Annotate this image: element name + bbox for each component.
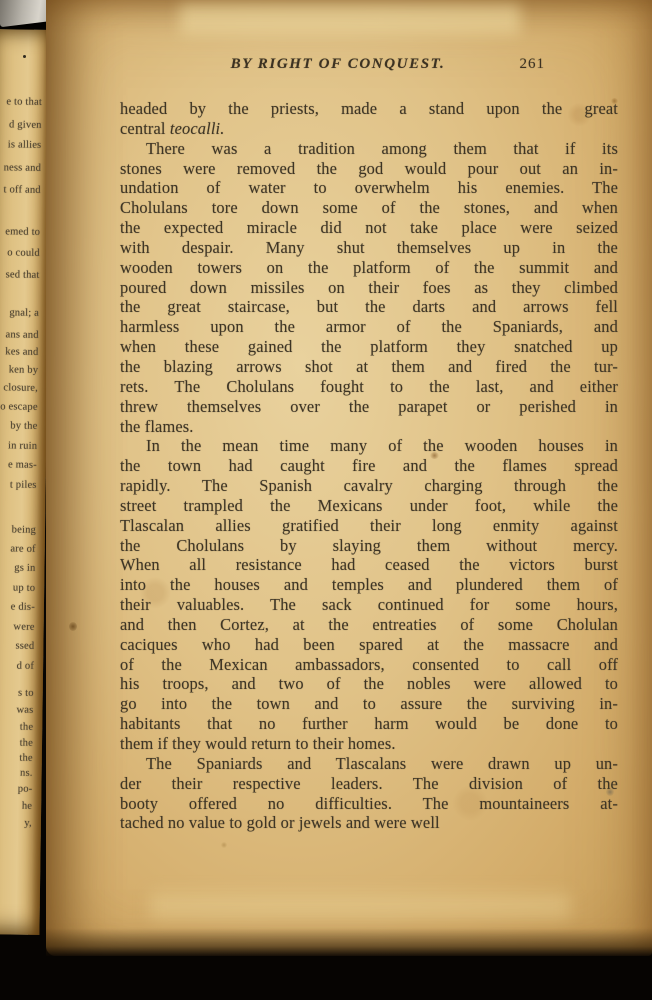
left-page-text-fragment: o could [7,247,40,258]
text-line: go into the town and to assure the survi… [120,694,618,714]
left-page-text-fragment: t piles [10,479,37,490]
running-header: BY RIGHT OF CONQUEST. [231,56,446,73]
text-line: rets. The Cholulans fought to the last, … [120,377,618,397]
scan-blur-streak-bottom [150,893,570,919]
page-number: 261 [520,56,546,73]
text-line: When all resistance had ceased the victo… [120,555,618,575]
left-page-text-fragment: he [22,801,32,812]
left-page-text-fragment: the [19,753,33,764]
left-page-text-fragment: the [20,722,34,733]
text-line: harmless upon the armor of the Spaniards… [120,317,618,337]
left-page-text-fragment: t off and [3,184,40,196]
text-line: the expected miracle did not take place … [120,218,618,238]
text-line: into the houses and temples and plundere… [120,575,618,595]
left-page-text-fragment: e to that [6,96,42,107]
left-page-text-fragment: sed that [6,269,40,280]
text-line: stones were removed the god would pour o… [120,159,618,179]
left-page-text-fragment: y, [24,818,32,829]
left-page-text-fragment: was [16,705,33,716]
left-page-text-fragment: by the [10,420,37,431]
scan-blur-streak-top [180,4,520,34]
text-line: them if they would return to their homes… [120,734,618,754]
text-line: the town had caught fire and the flames … [120,456,618,476]
text-line: their valuables. The sack continued for … [120,595,618,615]
text-line: threw themselves over the parapet or per… [120,397,618,417]
left-page-text-fragment: e dis- [11,601,35,612]
left-page-text-fragment: ans and [5,329,38,340]
left-page-text-fragment: o escape [0,401,38,413]
left-page-text-fragment: in ruin [8,440,37,451]
text-line: the blazing arrows shot at them and fire… [120,357,618,377]
left-page-text-fragment: gnal; a [9,307,39,318]
text-line: when these gained the platform they snat… [120,337,618,357]
book-page: BY RIGHT OF CONQUEST. 261 headed by the … [46,0,652,956]
text-line: In the mean time many of the wooden hous… [120,436,618,456]
left-page-text-fragment: emed to [5,226,40,237]
left-page-text-fragment: kes and [5,346,38,357]
left-page-text-fragment: are of [10,543,36,554]
text-line: caciques who had been spared at the mass… [120,635,618,655]
text-line: rapidly. The Spanish cavalry charging th… [120,476,618,496]
left-page-text-fragment: d of [17,661,35,672]
left-page-text-fragment: s to [18,688,34,699]
left-page-text-fragment: being [12,524,36,535]
text-line: the Cholulans by slaying them without me… [120,536,618,556]
text-line: and then Cortez, at the entreaties of so… [120,615,618,635]
page-body: headed by the priests, made a stand upon… [120,99,618,833]
text-line: central teocalli. [120,119,618,139]
left-page-text-fragment: po- [18,784,33,795]
left-page-text-fragment: ken by [9,364,39,375]
text-line: the great staircase, but the darts and a… [120,297,618,317]
left-page-text-fragment: e mas- [8,459,37,470]
text-line: booty offered no difficulties. The mount… [120,794,618,814]
text-line: The Spaniards and Tlascalans were drawn … [120,754,618,774]
left-page-text-fragment: the [20,738,34,749]
text-line: der their respective leaders. The divisi… [120,774,618,794]
text-line: his troops, and two of the nobles were a… [120,674,618,694]
book-scan: e to thatd givenis alliesness andt off a… [0,0,652,1000]
left-page-edge: e to thatd givenis alliesness andt off a… [0,29,52,935]
left-page-text-fragment: d given [9,119,42,130]
left-page-text-fragment: ssed [15,641,34,652]
left-page-text-fragment: ns. [20,768,33,779]
text-line: with despair. Many shut themselves up in… [120,238,618,258]
left-page-text-fragment: ness and [4,162,42,174]
text-line: Cholulans tore down some of the stones, … [120,198,618,218]
left-page-text-fragment: closure, [3,382,38,393]
text-line: the flames. [120,417,618,437]
left-page-text-fragment: gs in [14,563,35,574]
page-header: BY RIGHT OF CONQUEST. 261 [120,56,618,78]
text-line: habitants that no further harm would be … [120,714,618,734]
text-line: poured down missiles on their foes as th… [120,278,618,298]
text-line: There was a tradition among them that if… [120,139,618,159]
text-line: wooden towers on the platform of the sum… [120,258,618,278]
left-page-text-fragment: up to [13,583,35,594]
page-bottom-shadow [46,928,652,956]
left-page-text-fragment: is allies [8,139,42,150]
text-line: of the Mexican ambassadors, consented to… [120,655,618,675]
text-line: undation of water to overwhelm his enemi… [120,178,618,198]
text-line: tached no value to gold or jewels and we… [120,813,618,833]
text-line: Tlascalan allies gratified their long en… [120,516,618,536]
text-line: street trampled the Mexicans under foot,… [120,496,618,516]
left-page-fragments: e to thatd givenis alliesness andt off a… [0,29,52,935]
left-page-text-fragment: were [13,622,34,633]
text-line: headed by the priests, made a stand upon… [120,99,618,119]
